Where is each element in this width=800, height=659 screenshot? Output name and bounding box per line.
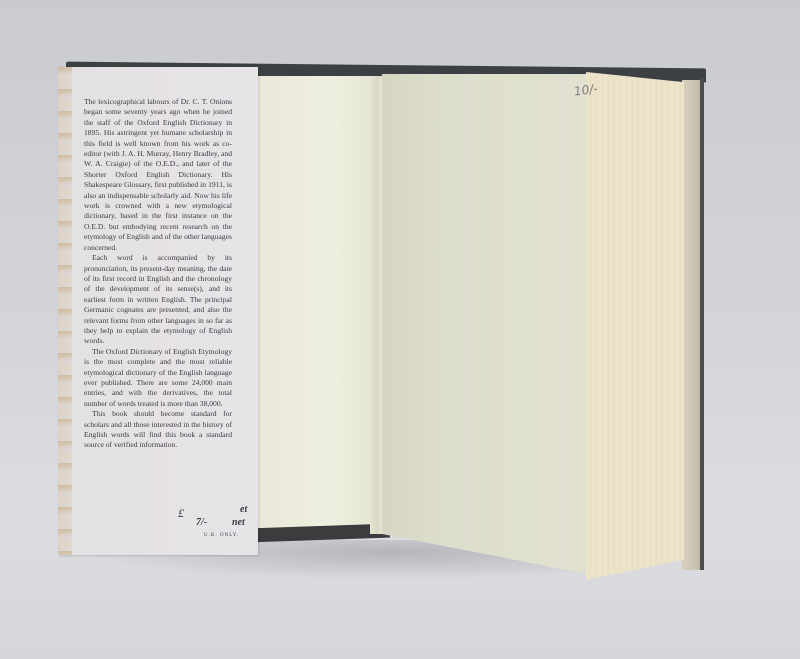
price-net: net [232,517,245,528]
left-endpaper [255,76,380,534]
book-back-cover [682,80,702,570]
foxing-stain [58,67,72,555]
book-back-cover-edge [700,78,704,570]
blurb-paragraph: Each word is accompanied by its pronunci… [84,253,232,347]
blurb-paragraph: This book should become standard for sch… [84,409,232,451]
price-amount: 7/- [196,517,207,528]
price-region-note: U.K. ONLY. [204,533,239,538]
dust-jacket-flap: The lexicographical labours of Dr. C. T.… [58,67,258,555]
blurb-paragraph: The lexicographical labours of Dr. C. T.… [84,97,232,253]
book-gutter [370,76,384,534]
page-block-edges [586,72,684,580]
right-endpaper [382,74,588,574]
price-line1-suffix: et [240,504,247,515]
jacket-blurb: The lexicographical labours of Dr. C. T.… [84,97,232,451]
blurb-paragraph: The Oxford Dictionary of English Etymolo… [84,347,232,409]
price-block: £ et 7/- net U.K. ONLY. [178,504,258,544]
price-pound-symbol: £ [178,506,184,520]
